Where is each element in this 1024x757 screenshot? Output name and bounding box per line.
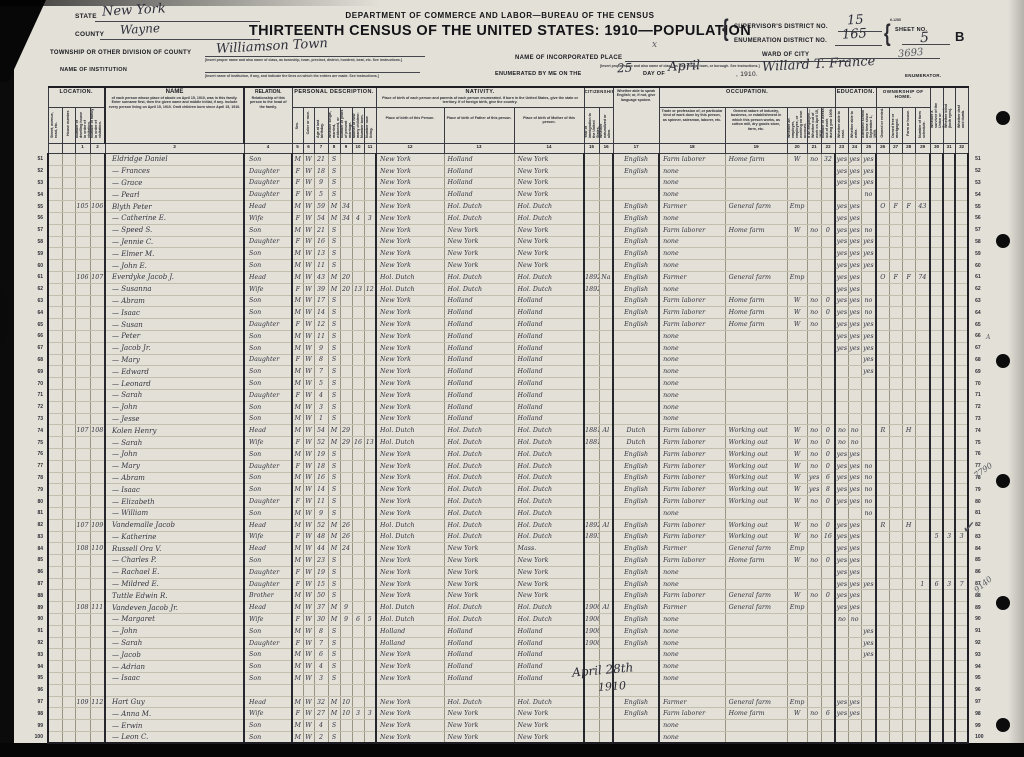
cell-pob_mother: Holland [514,307,584,319]
cell-write: yes [848,342,861,354]
cell-out_of_work [807,212,821,224]
cell-read [835,507,848,519]
cell-language: English [613,201,659,213]
cell-color: W [303,413,314,425]
cell-imm_year [584,248,599,260]
cell-street [48,519,62,531]
cell-farm_schedule [915,212,930,224]
cell-dwelling [75,307,90,319]
cell-weeks_out [821,236,835,248]
table-row: 58— Jennie C.DaughterFW16SNew YorkNew Yo… [28,236,990,248]
cell-school: yes [861,354,876,366]
cell-house [62,661,75,673]
cell-relation: Daughter [244,566,292,578]
cell-age: 1 [314,413,328,425]
cell-yrs_married [340,448,352,460]
cell-dwelling [75,248,90,260]
cell-naturalized [599,366,613,378]
cell-relation: Son [244,555,292,567]
cell-children_born [352,602,364,614]
cell-out_of_work [807,236,821,248]
cell-yrs_married [340,637,352,649]
cell-name: — Susan [105,319,244,331]
col-group-education: EDUCATION. [835,87,876,108]
cell-out_of_work [807,661,821,673]
cell-farm_or_house [902,378,915,390]
cell-relation: Wife [244,283,292,295]
cell-trade: Farm laborer [659,484,725,496]
cell-pob: New York [376,319,444,331]
cell-pob_mother: New York [514,154,584,166]
cell-sex: F [292,614,303,626]
cell-imm_year [584,330,599,342]
cell-read [835,413,848,425]
cell-read: yes [835,319,848,331]
cell-children_born [352,307,364,319]
cell-children_born [352,519,364,531]
cell-read: no [835,614,848,626]
cell-children_born [352,319,364,331]
cell-imm_year [584,236,599,248]
cell-industry [725,614,787,626]
cell-employment [787,661,807,673]
cell-age: 12 [314,319,328,331]
cell-street [48,154,62,166]
cell-family [90,507,105,519]
cell-deaf [955,413,968,425]
cell-trade: none [659,165,725,177]
col-header-mortgage: Owned free or mortgaged. [889,108,902,144]
column-number: 31 [943,144,955,154]
cell-family [90,224,105,236]
cell-relation [244,684,292,696]
cell-home [876,543,889,555]
cell-mortgage [889,212,902,224]
cell-trade [659,684,725,696]
cell-pob_mother: Holland [514,625,584,637]
row-number: 61 [28,271,48,283]
cell-children_living [364,389,376,401]
cell-age: 3 [314,673,328,685]
cell-home [876,708,889,720]
cell-home [876,212,889,224]
cell-blind [943,366,955,378]
cell-name [105,684,244,696]
cell-street [48,460,62,472]
cell-out_of_work [807,696,821,708]
cell-pob_mother: New York [514,165,584,177]
cell-street [48,330,62,342]
table-row: 72— JohnSonMW3SNew YorkHollandHollandnon… [28,401,990,413]
cell-sex: F [292,177,303,189]
cell-farm_schedule [915,590,930,602]
cell-street [48,484,62,496]
cell-street [48,696,62,708]
cell-deaf [955,555,968,567]
cell-children_living [364,531,376,543]
cell-out_of_work: yes [807,484,821,496]
cell-farm_schedule [915,319,930,331]
cell-pob_mother: Hol. Dutch [514,507,584,519]
cell-write: yes [848,330,861,342]
cell-color: W [303,389,314,401]
table-row: 52— FrancesDaughterFW18SNew YorkHollandN… [28,165,990,177]
cell-trade: Farm laborer [659,555,725,567]
cell-language: English [613,319,659,331]
table-row: 88Tuttle Edwin R.BrotherMW50SNew YorkNew… [28,590,990,602]
cell-naturalized [599,637,613,649]
cell-age: 37 [314,602,328,614]
cell-industry [725,637,787,649]
cell-write: no [848,437,861,449]
cell-farm_schedule [915,543,930,555]
cell-deaf [955,354,968,366]
cell-house [62,354,75,366]
cell-weeks_out [821,212,835,224]
cell-color: W [303,720,314,732]
row-number: 54 [28,189,48,201]
cell-relation: Son [244,625,292,637]
cell-pob: New York [376,330,444,342]
cell-industry: General farm [725,543,787,555]
cell-age: 21 [314,154,328,166]
cell-mortgage [889,330,902,342]
column-number: 17 [613,144,659,154]
row-number: 53 [968,177,990,189]
cell-out_of_work [807,271,821,283]
cell-farm_or_house [902,165,915,177]
cell-house [62,484,75,496]
cell-employment: W [787,531,807,543]
cell-children_born [352,354,364,366]
cell-farm_schedule [915,165,930,177]
cell-dwelling [75,389,90,401]
cell-pob_mother: New York [514,189,584,201]
cell-children_living [364,177,376,189]
cell-relation: Daughter [244,319,292,331]
sheet-suffix: B [955,29,965,44]
cell-home: O [876,201,889,213]
cell-sex: M [292,366,303,378]
cell-read: yes [835,212,848,224]
township-rule [205,56,425,57]
cell-street [48,389,62,401]
cell-write: yes [848,448,861,460]
cell-language: English [613,295,659,307]
cell-house [62,555,75,567]
cell-children_born [352,637,364,649]
cell-dwelling [75,460,90,472]
cell-naturalized [599,201,613,213]
cell-pob: New York [376,448,444,460]
col-header-age: Age at last birthday. [314,108,328,144]
cell-pob_father: Hol. Dutch [444,460,514,472]
cell-blind [943,330,955,342]
cell-industry: Home farm [725,555,787,567]
cell-pob_mother: New York [514,590,584,602]
cell-language [613,732,659,744]
cell-employment: W [787,484,807,496]
table-row: 95— IsaacSonMW3SNew YorkHollandHollandno… [28,673,990,685]
cell-home [876,248,889,260]
cell-read [835,720,848,732]
cell-family [90,295,105,307]
cell-imm_year [584,354,599,366]
cell-age: 50 [314,590,328,602]
cell-pob_mother: Hol. Dutch [514,519,584,531]
cell-weeks_out [821,673,835,685]
cell-children_born [352,165,364,177]
cell-imm_year [584,189,599,201]
cell-read: yes [835,307,848,319]
cell-children_living [364,543,376,555]
cell-pob: New York [376,236,444,248]
cell-blind [943,154,955,166]
cell-sex: F [292,437,303,449]
cell-pob: Hol. Dutch [376,531,444,543]
table-row: 77— MaryDaughterFW18SNew YorkHol. DutchH… [28,460,990,472]
cell-family [90,260,105,272]
cell-industry: Working out [725,519,787,531]
cell-blind [943,684,955,696]
cell-write [848,401,861,413]
column-number: 7 [314,144,328,154]
cell-naturalized [599,283,613,295]
col-header-home: Owned or rented. [876,108,889,144]
cell-marital: M [328,531,340,543]
cell-relation: Son [244,260,292,272]
cell-yrs_married [340,590,352,602]
cell-school [861,389,876,401]
cell-read: yes [835,484,848,496]
cell-language: English [613,602,659,614]
cell-home: R [876,425,889,437]
cell-color: W [303,437,314,449]
cell-language: English [613,578,659,590]
cell-home [876,720,889,732]
cell-deaf [955,319,968,331]
cell-relation: Head [244,543,292,555]
cell-war [930,732,943,744]
cell-name: Everdyke Jacob J. [105,271,244,283]
row-number: 52 [968,165,990,177]
cell-relation: Son [244,472,292,484]
cell-pob: New York [376,555,444,567]
col-header-trade: Trade or profession of, or particular ki… [659,108,725,144]
cell-industry [725,720,787,732]
row-number: 68 [28,354,48,366]
cell-home [876,555,889,567]
cell-name: — Rachael E. [105,566,244,578]
cell-age: 18 [314,460,328,472]
cell-children_living [364,154,376,166]
cell-color: W [303,460,314,472]
cell-marital: S [328,189,340,201]
cell-children_living [364,330,376,342]
cell-language [613,413,659,425]
cell-language [613,354,659,366]
cell-street [48,496,62,508]
cell-color: W [303,578,314,590]
cell-home [876,177,889,189]
cell-dwelling [75,177,90,189]
cell-pob: Holland [376,637,444,649]
cell-home [876,437,889,449]
cell-relation: Head [244,201,292,213]
row-number: 84 [28,543,48,555]
cell-relation: Daughter [244,189,292,201]
row-number: 52 [28,165,48,177]
cell-language: English [613,625,659,637]
cell-name: — Peter [105,330,244,342]
cell-color: W [303,590,314,602]
cell-relation: Head [244,425,292,437]
cell-farm_or_house [902,684,915,696]
cell-weeks_out [821,696,835,708]
row-number: 63 [28,295,48,307]
cell-mortgage [889,413,902,425]
cell-yrs_married [340,507,352,519]
cell-name: — Mildred E. [105,578,244,590]
cell-relation: Son [244,732,292,744]
cell-family [90,212,105,224]
cell-imm_year [584,708,599,720]
column-number: 21 [807,144,821,154]
cell-color: W [303,401,314,413]
cell-read: yes [835,543,848,555]
cell-street [48,649,62,661]
column-number: 9 [340,144,352,154]
cell-pob: New York [376,472,444,484]
cell-naturalized [599,189,613,201]
cell-street [48,732,62,744]
row-number: 87 [28,578,48,590]
cell-weeks_out [821,177,835,189]
cell-house [62,307,75,319]
cell-marital: S [328,566,340,578]
cell-farm_or_house [902,720,915,732]
cell-out_of_work [807,732,821,744]
cell-war [930,342,943,354]
cell-relation: Daughter [244,637,292,649]
cell-farm_or_house [902,248,915,260]
cell-children_living [364,578,376,590]
row-number: 70 [28,378,48,390]
cell-sex: M [292,519,303,531]
cell-color: W [303,472,314,484]
row-number: 97 [28,696,48,708]
cell-imm_year [584,684,599,696]
cell-yrs_married [340,165,352,177]
row-number: 73 [28,413,48,425]
cell-pob_mother [514,684,584,696]
cell-pob_father: New York [444,543,514,555]
cell-weeks_out: 0 [821,448,835,460]
cell-name: — John [105,625,244,637]
cell-trade: none [659,342,725,354]
cell-family [90,154,105,166]
institution-note: [Insert name of institution, if any, and… [205,74,430,78]
cell-school [861,602,876,614]
cell-pob_mother: Holland [514,378,584,390]
cell-imm_year: 1892 [584,519,599,531]
cell-marital: S [328,555,340,567]
cell-employment [787,342,807,354]
cell-sex: M [292,590,303,602]
cell-pob_father: Hol. Dutch [444,519,514,531]
col-header-farm-schedule: Number of farm schedule. [915,108,930,144]
cell-school: yes [861,248,876,260]
cell-imm_year: 1900 [584,637,599,649]
cell-pob_mother: New York [514,555,584,567]
punch-hole-icon [996,234,1010,248]
table-row: 74107108Kolen HenryHeadMW54M29Hol. Dutch… [28,425,990,437]
cell-pob_father: Holland [444,366,514,378]
cell-sex [292,684,303,696]
cell-imm_year: 1892 [584,271,599,283]
cell-pob: New York [376,342,444,354]
cell-industry: Working out [725,484,787,496]
cell-naturalized [599,448,613,460]
department-line: DEPARTMENT OF COMMERCE AND LABOR—BUREAU … [205,11,795,20]
cell-farm_or_house: F [902,271,915,283]
cell-war [930,425,943,437]
check-mark-annotation: ✓ [962,518,976,538]
cell-marital: S [328,342,340,354]
cell-farm_schedule [915,236,930,248]
cell-blind [943,496,955,508]
col-header-house: House number. [62,108,75,144]
cell-relation: Wife [244,212,292,224]
stamp-number: 3693 [898,47,924,60]
cell-sex: M [292,425,303,437]
cell-name: — John E. [105,260,244,272]
cell-house [62,224,75,236]
cell-home [876,649,889,661]
cell-house [62,590,75,602]
cell-blind [943,260,955,272]
cell-sex: M [292,448,303,460]
cell-home: R [876,519,889,531]
cell-age: 44 [314,543,328,555]
cell-house [62,283,75,295]
cell-language: English [613,260,659,272]
cell-marital: M [328,708,340,720]
cell-imm_year [584,460,599,472]
cell-pob: Hol. Dutch [376,519,444,531]
cell-war [930,673,943,685]
cell-house [62,378,75,390]
cell-language: English [613,543,659,555]
cell-trade: none [659,236,725,248]
cell-color: W [303,177,314,189]
cell-war: 5 [930,531,943,543]
cell-read: yes [835,330,848,342]
col-header-school: Attended school any time since September… [861,108,876,144]
cell-write [848,189,861,201]
cell-farm_schedule: 1 [915,578,930,590]
cell-pob_mother: New York [514,566,584,578]
cell-family [90,319,105,331]
cell-house [62,507,75,519]
cell-pob_mother: New York [514,224,584,236]
cell-war [930,555,943,567]
cell-age: 14 [314,307,328,319]
cell-language: English [613,212,659,224]
row-number: 65 [968,319,990,331]
cell-trade: none [659,578,725,590]
cell-relation: Son [244,154,292,166]
